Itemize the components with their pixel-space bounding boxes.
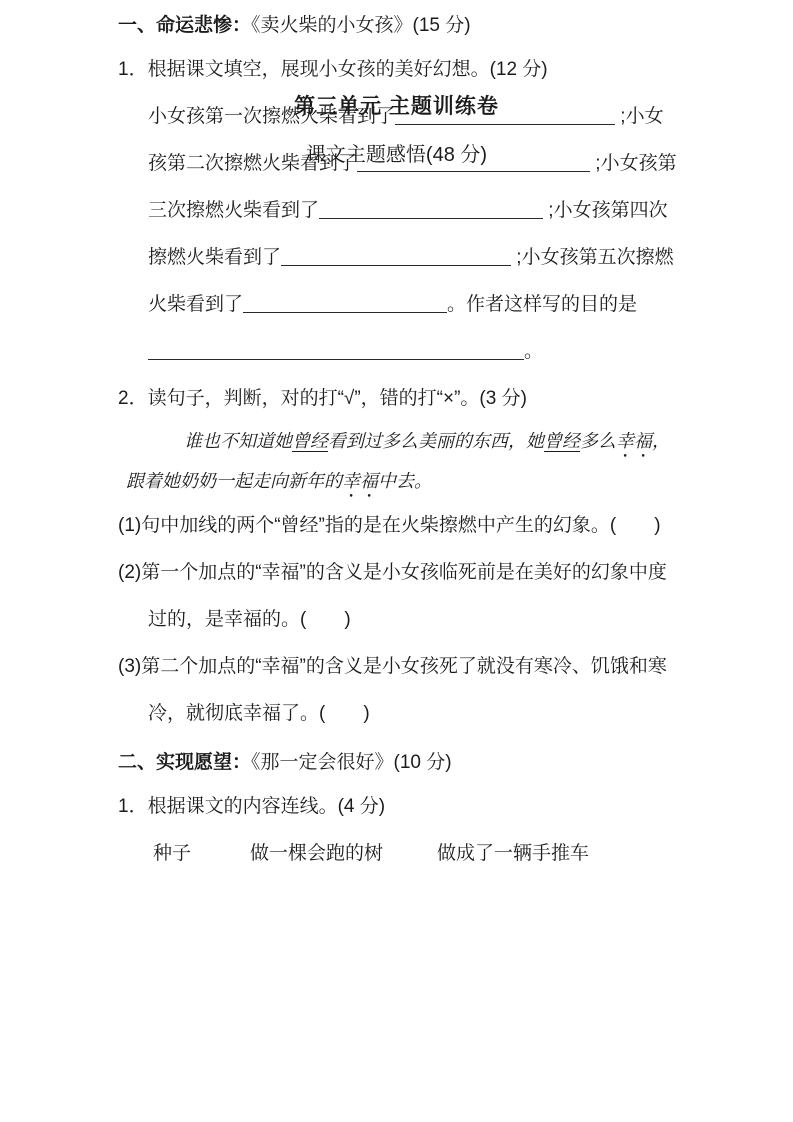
section-2-number-label: 二、实现愿望： — [118, 752, 251, 773]
fill-line-2: 孩第二次擦燃火柴看到了 ;小女孩第 — [118, 140, 718, 187]
judge-item-3-line1: (3)第二个加点的“幸福”的含义是小女孩死了就没有寒冷、饥饿和寒 — [118, 643, 718, 690]
paper-body: 一、命运悲惨：《卖火柴的小女孩》(15 分) 1．根据课文填空，展现小女孩的美好… — [118, 0, 718, 877]
judge-item-2-line1: (2)第一个加点的“幸福”的含义是小女孩临死前是在美好的幻象中度 — [118, 549, 718, 596]
answer-blank-3 — [319, 204, 543, 219]
section-1-heading: 一、命运悲惨：《卖火柴的小女孩》(15 分) — [118, 6, 718, 46]
fill-line-2-tail: ;小女孩第 — [590, 153, 677, 174]
judge-item-3-line2: 冷，就彻底幸福了。( ) — [118, 690, 718, 737]
s2-q1-stem: 1．根据课文的内容连线。(4 分) — [118, 783, 718, 830]
fill-line-1-tail: ;小女 — [615, 106, 664, 127]
fill-line-2-text: 孩第二次擦燃火柴看到了 — [148, 153, 357, 174]
match-item-result: 做成了一辆手推车 — [437, 843, 589, 864]
answer-blank-1 — [395, 110, 615, 125]
passage-text: 看到过多么美丽的东西，她 — [328, 431, 544, 452]
passage-text: 跟着她奶奶一起走向新年的 — [126, 471, 342, 492]
dotted-word-xingfu-2: 幸福 — [342, 471, 378, 492]
match-item-seed: 种子 — [153, 843, 191, 864]
fill-line-5-text: 火柴看到了 — [148, 294, 243, 315]
fill-line-5-tail: 。作者这样写的目的是 — [447, 294, 637, 315]
fill-line-1: 小女孩第一次擦燃火柴看到了 ;小女 — [118, 93, 718, 140]
match-item-wish: 做一棵会跑的树 — [250, 843, 383, 864]
section-1-title: 《卖火柴的小女孩》(15 分) — [251, 15, 471, 36]
fill-line-6: 。 — [118, 328, 718, 375]
reading-passage: 谁也不知道她曾经看到过多么美丽的东西，她曾经多么幸福， 跟着她奶奶一起走向新年的… — [126, 422, 718, 502]
judge-item-1: (1)句中加线的两个“曾经”指的是在火柴擦燃中产生的幻象。( ) — [118, 502, 718, 549]
section-2-title: 《那一定会很好》(10 分) — [251, 752, 452, 773]
dotted-word-xingfu-1: 幸福 — [616, 431, 652, 452]
section-1-number-label: 一、命运悲惨： — [118, 15, 251, 36]
exam-paper-page: 第三单元 主题训练卷 课文主题感悟(48 分) 一、命运悲惨：《卖火柴的小女孩》… — [0, 0, 793, 1122]
s1-q2-stem: 2．读句子，判断，对的打“√”，错的打“×”。(3 分) — [118, 375, 718, 422]
passage-text: 多么 — [580, 431, 616, 452]
fill-line-3: 三次擦燃火柴看到了 ;小女孩第四次 — [118, 187, 718, 234]
answer-blank-5 — [243, 298, 447, 313]
underlined-word-cengjing-2: 曾经 — [544, 431, 580, 452]
answer-blank-4 — [281, 251, 511, 266]
passage-line-1: 谁也不知道她曾经看到过多么美丽的东西，她曾经多么幸福， — [126, 422, 718, 462]
fill-line-6-tail: 。 — [524, 341, 543, 362]
underlined-word-cengjing-1: 曾经 — [292, 431, 328, 452]
answer-blank-6 — [148, 345, 524, 360]
passage-line-2: 跟着她奶奶一起走向新年的幸福中去。 — [126, 462, 718, 502]
section-2-heading: 二、实现愿望：《那一定会很好》(10 分) — [118, 743, 718, 783]
match-row: 种子做一棵会跑的树做成了一辆手推车 — [118, 830, 718, 877]
fill-line-3-tail: ;小女孩第四次 — [543, 200, 668, 221]
fill-line-4-text: 擦燃火柴看到了 — [148, 247, 281, 268]
passage-text: 谁也不知道她 — [184, 431, 292, 452]
fill-line-3-text: 三次擦燃火柴看到了 — [148, 200, 319, 221]
fill-line-5: 火柴看到了。作者这样写的目的是 — [118, 281, 718, 328]
passage-text: ， — [652, 431, 670, 452]
s1-q1-stem: 1．根据课文填空，展现小女孩的美好幻想。(12 分) — [118, 46, 718, 93]
answer-blank-2 — [357, 157, 590, 172]
fill-line-4: 擦燃火柴看到了 ;小女孩第五次擦燃 — [118, 234, 718, 281]
fill-line-4-tail: ;小女孩第五次擦燃 — [511, 247, 674, 268]
fill-line-1-text: 小女孩第一次擦燃火柴看到了 — [148, 106, 395, 127]
judge-item-2-line2: 过的，是幸福的。( ) — [118, 596, 718, 643]
passage-text: 中去。 — [378, 471, 432, 492]
